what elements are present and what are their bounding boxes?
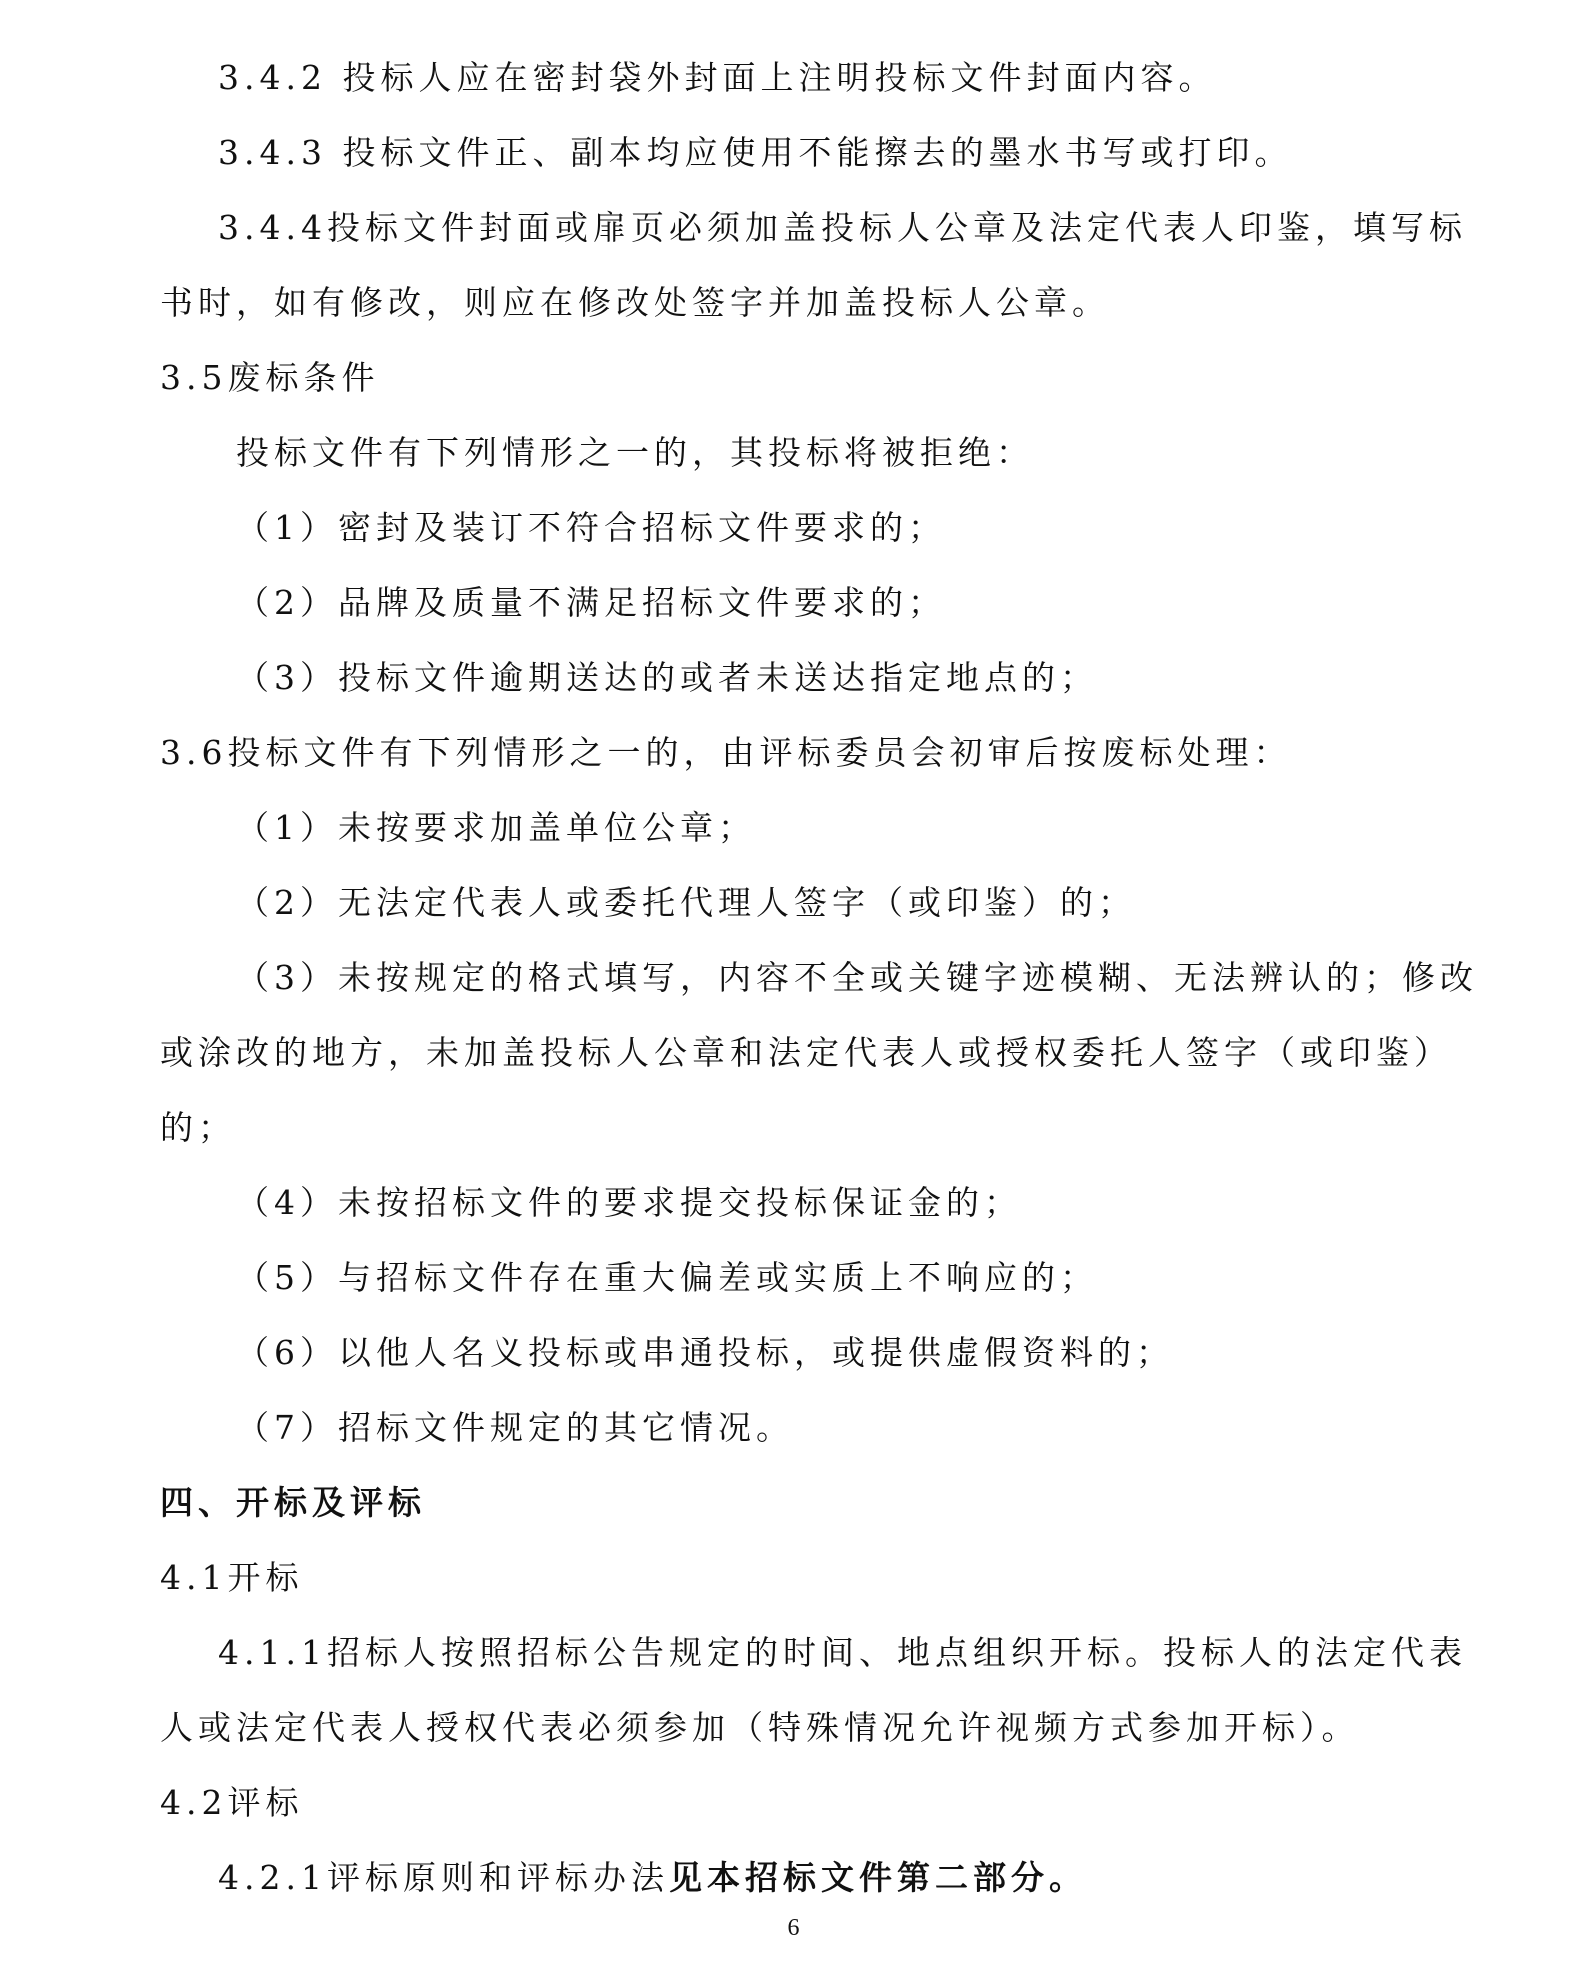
- page-number: 6: [0, 1913, 1587, 1943]
- list-item-3-6-6: （6）以他人名义投标或串通投标，或提供虚假资料的；: [236, 1331, 1174, 1375]
- section-3-5-heading: 3.5废标条件: [160, 356, 379, 400]
- clause-3-4-3: 3.4.3 投标文件正、副本均应使用不能擦去的墨水书写或打印。: [218, 131, 1292, 175]
- clause-4-2-1-text: 4.2.1评标原则和评标办法: [218, 1858, 669, 1897]
- list-item-3-6-1: （1）未按要求加盖单位公章；: [236, 806, 756, 850]
- list-item-3-6-3-line1: （3）未按规定的格式填写，内容不全或关键字迹模糊、无法辨认的；修改: [236, 956, 1478, 1000]
- list-item-3-6-3-line3: 的；: [160, 1106, 236, 1150]
- chapter-4-heading: 四、开标及评标: [160, 1481, 426, 1525]
- document-page: 3.4.2 投标人应在密封袋外封面上注明投标文件封面内容。 3.4.3 投标文件…: [0, 0, 1587, 1987]
- list-item-3-5-2: （2）品牌及质量不满足招标文件要求的；: [236, 581, 946, 625]
- list-item-3-6-4: （4）未按招标文件的要求提交投标保证金的；: [236, 1181, 1022, 1225]
- section-4-1-heading: 4.1开标: [160, 1556, 303, 1600]
- list-item-3-5-1: （1）密封及装订不符合招标文件要求的；: [236, 506, 946, 550]
- clause-4-2-1: 4.2.1评标原则和评标办法见本招标文件第二部分。: [218, 1856, 1087, 1900]
- list-item-3-5-3: （3）投标文件逾期送达的或者未送达指定地点的；: [236, 656, 1098, 700]
- clause-3-4-4-line1: 3.4.4投标文件封面或扉页必须加盖投标人公章及法定代表人印鉴，填写标: [218, 206, 1467, 250]
- section-3-5-intro: 投标文件有下列情形之一的，其投标将被拒绝：: [236, 431, 1034, 475]
- list-item-3-6-7: （7）招标文件规定的其它情况。: [236, 1406, 794, 1450]
- section-4-2-heading: 4.2评标: [160, 1781, 303, 1825]
- section-3-6-heading: 3.6投标文件有下列情形之一的，由评标委员会初审后按废标处理：: [160, 731, 1291, 775]
- clause-4-1-1-line2: 人或法定代表人授权代表必须参加（特殊情况允许视频方式参加开标）。: [160, 1706, 1360, 1750]
- list-item-3-6-2: （2）无法定代表人或委托代理人签字（或印鉴）的；: [236, 881, 1136, 925]
- list-item-3-6-3-line2: 或涂改的地方，未加盖投标人公章和法定代表人或授权委托人签字（或印鉴）: [160, 1031, 1452, 1075]
- clause-4-2-1-reference: 见本招标文件第二部分。: [669, 1858, 1087, 1897]
- clause-4-1-1-line1: 4.1.1招标人按照招标公告规定的时间、地点组织开标。投标人的法定代表: [218, 1631, 1467, 1675]
- clause-3-4-4-line2: 书时，如有修改，则应在修改处签字并加盖投标人公章。: [160, 281, 1110, 325]
- list-item-3-6-5: （5）与招标文件存在重大偏差或实质上不响应的；: [236, 1256, 1098, 1300]
- clause-3-4-2: 3.4.2 投标人应在密封袋外封面上注明投标文件封面内容。: [218, 56, 1216, 100]
